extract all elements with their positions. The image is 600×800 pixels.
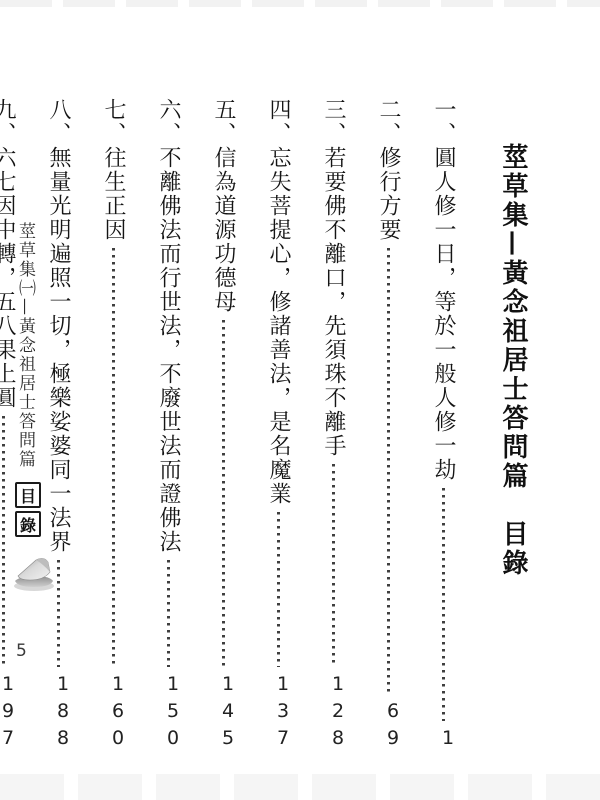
toc-entry-page: 128: [318, 673, 349, 756]
zen-stone-photo-icon: [10, 546, 58, 602]
dot-leader: [208, 314, 239, 673]
book-page: { "title": "莖草集—黃念祖居士答問篇 目錄", "toc": { "…: [0, 0, 600, 800]
dot-leader: [98, 242, 129, 673]
toc-entry-text: 一、圓人修一日，等於一般人修一劫: [428, 98, 459, 482]
toc-entry-page: 69: [373, 700, 404, 756]
toc-entry: 三、若要佛不離口，先須珠不離手 128: [318, 98, 349, 756]
dot-leader: [153, 554, 184, 673]
dot-leader: [318, 458, 349, 673]
toc-entry: 四、忘失菩提心，修諸善法，是名魔業 137: [263, 98, 294, 756]
scan-edge-top: [0, 0, 600, 7]
toc-entry: 五、信為道源功德母 145: [208, 98, 239, 756]
folio-page-number: 5: [16, 641, 27, 661]
toc-entry-text: 八、無量光明遍照一切，極樂娑婆同一法界: [43, 98, 74, 554]
toc-entry-page: 137: [263, 673, 294, 756]
toc-entry-text: 七、往生正因: [98, 98, 129, 242]
toc-entry-text: 三、若要佛不離口，先須珠不離手: [318, 98, 349, 458]
toc-entry: 八、無量光明遍照一切，極樂娑婆同一法界 188: [43, 98, 74, 756]
toc-content: 莖草集—黃念祖居士答問篇 目錄 一、圓人修一日，等於一般人修一劫 1 二、修行方…: [0, 98, 532, 756]
toc-entry-page: 150: [153, 673, 184, 756]
stamp-char-box: 錄: [15, 511, 41, 537]
toc-entry-page: 188: [43, 673, 74, 756]
spine-title: 莖草集㈠—黃念祖居士答問篇: [13, 222, 38, 469]
dot-leader: [263, 506, 294, 673]
toc-entry-text: 五、信為道源功德母: [208, 98, 239, 314]
toc-entry: 七、往生正因 160: [98, 98, 129, 756]
toc-entry-page: 145: [208, 673, 239, 756]
toc-entry: 二、修行方要 69: [373, 98, 404, 756]
toc-entry-text: 二、修行方要: [373, 98, 404, 242]
toc-entry-page: 197: [0, 673, 19, 756]
toc-entry: 一、圓人修一日，等於一般人修一劫 1: [428, 98, 459, 756]
scan-edge-bottom: [0, 774, 600, 800]
page-title: 莖草集—黃念祖居士答問篇 目錄: [495, 98, 532, 756]
toc-entry-text: 六、不離佛法而行世法，不廢世法而證佛法: [153, 98, 184, 554]
table-of-contents-stamp: 目 錄: [15, 482, 41, 537]
dot-leader: [373, 242, 404, 700]
dot-leader: [428, 482, 459, 727]
toc-entry-page: 1: [428, 727, 459, 756]
stamp-char-box: 目: [15, 482, 41, 508]
toc-entry-page: 160: [98, 673, 129, 756]
toc-entry-text: 四、忘失菩提心，修諸善法，是名魔業: [263, 98, 294, 506]
toc-entry: 六、不離佛法而行世法，不廢世法而證佛法 150: [153, 98, 184, 756]
